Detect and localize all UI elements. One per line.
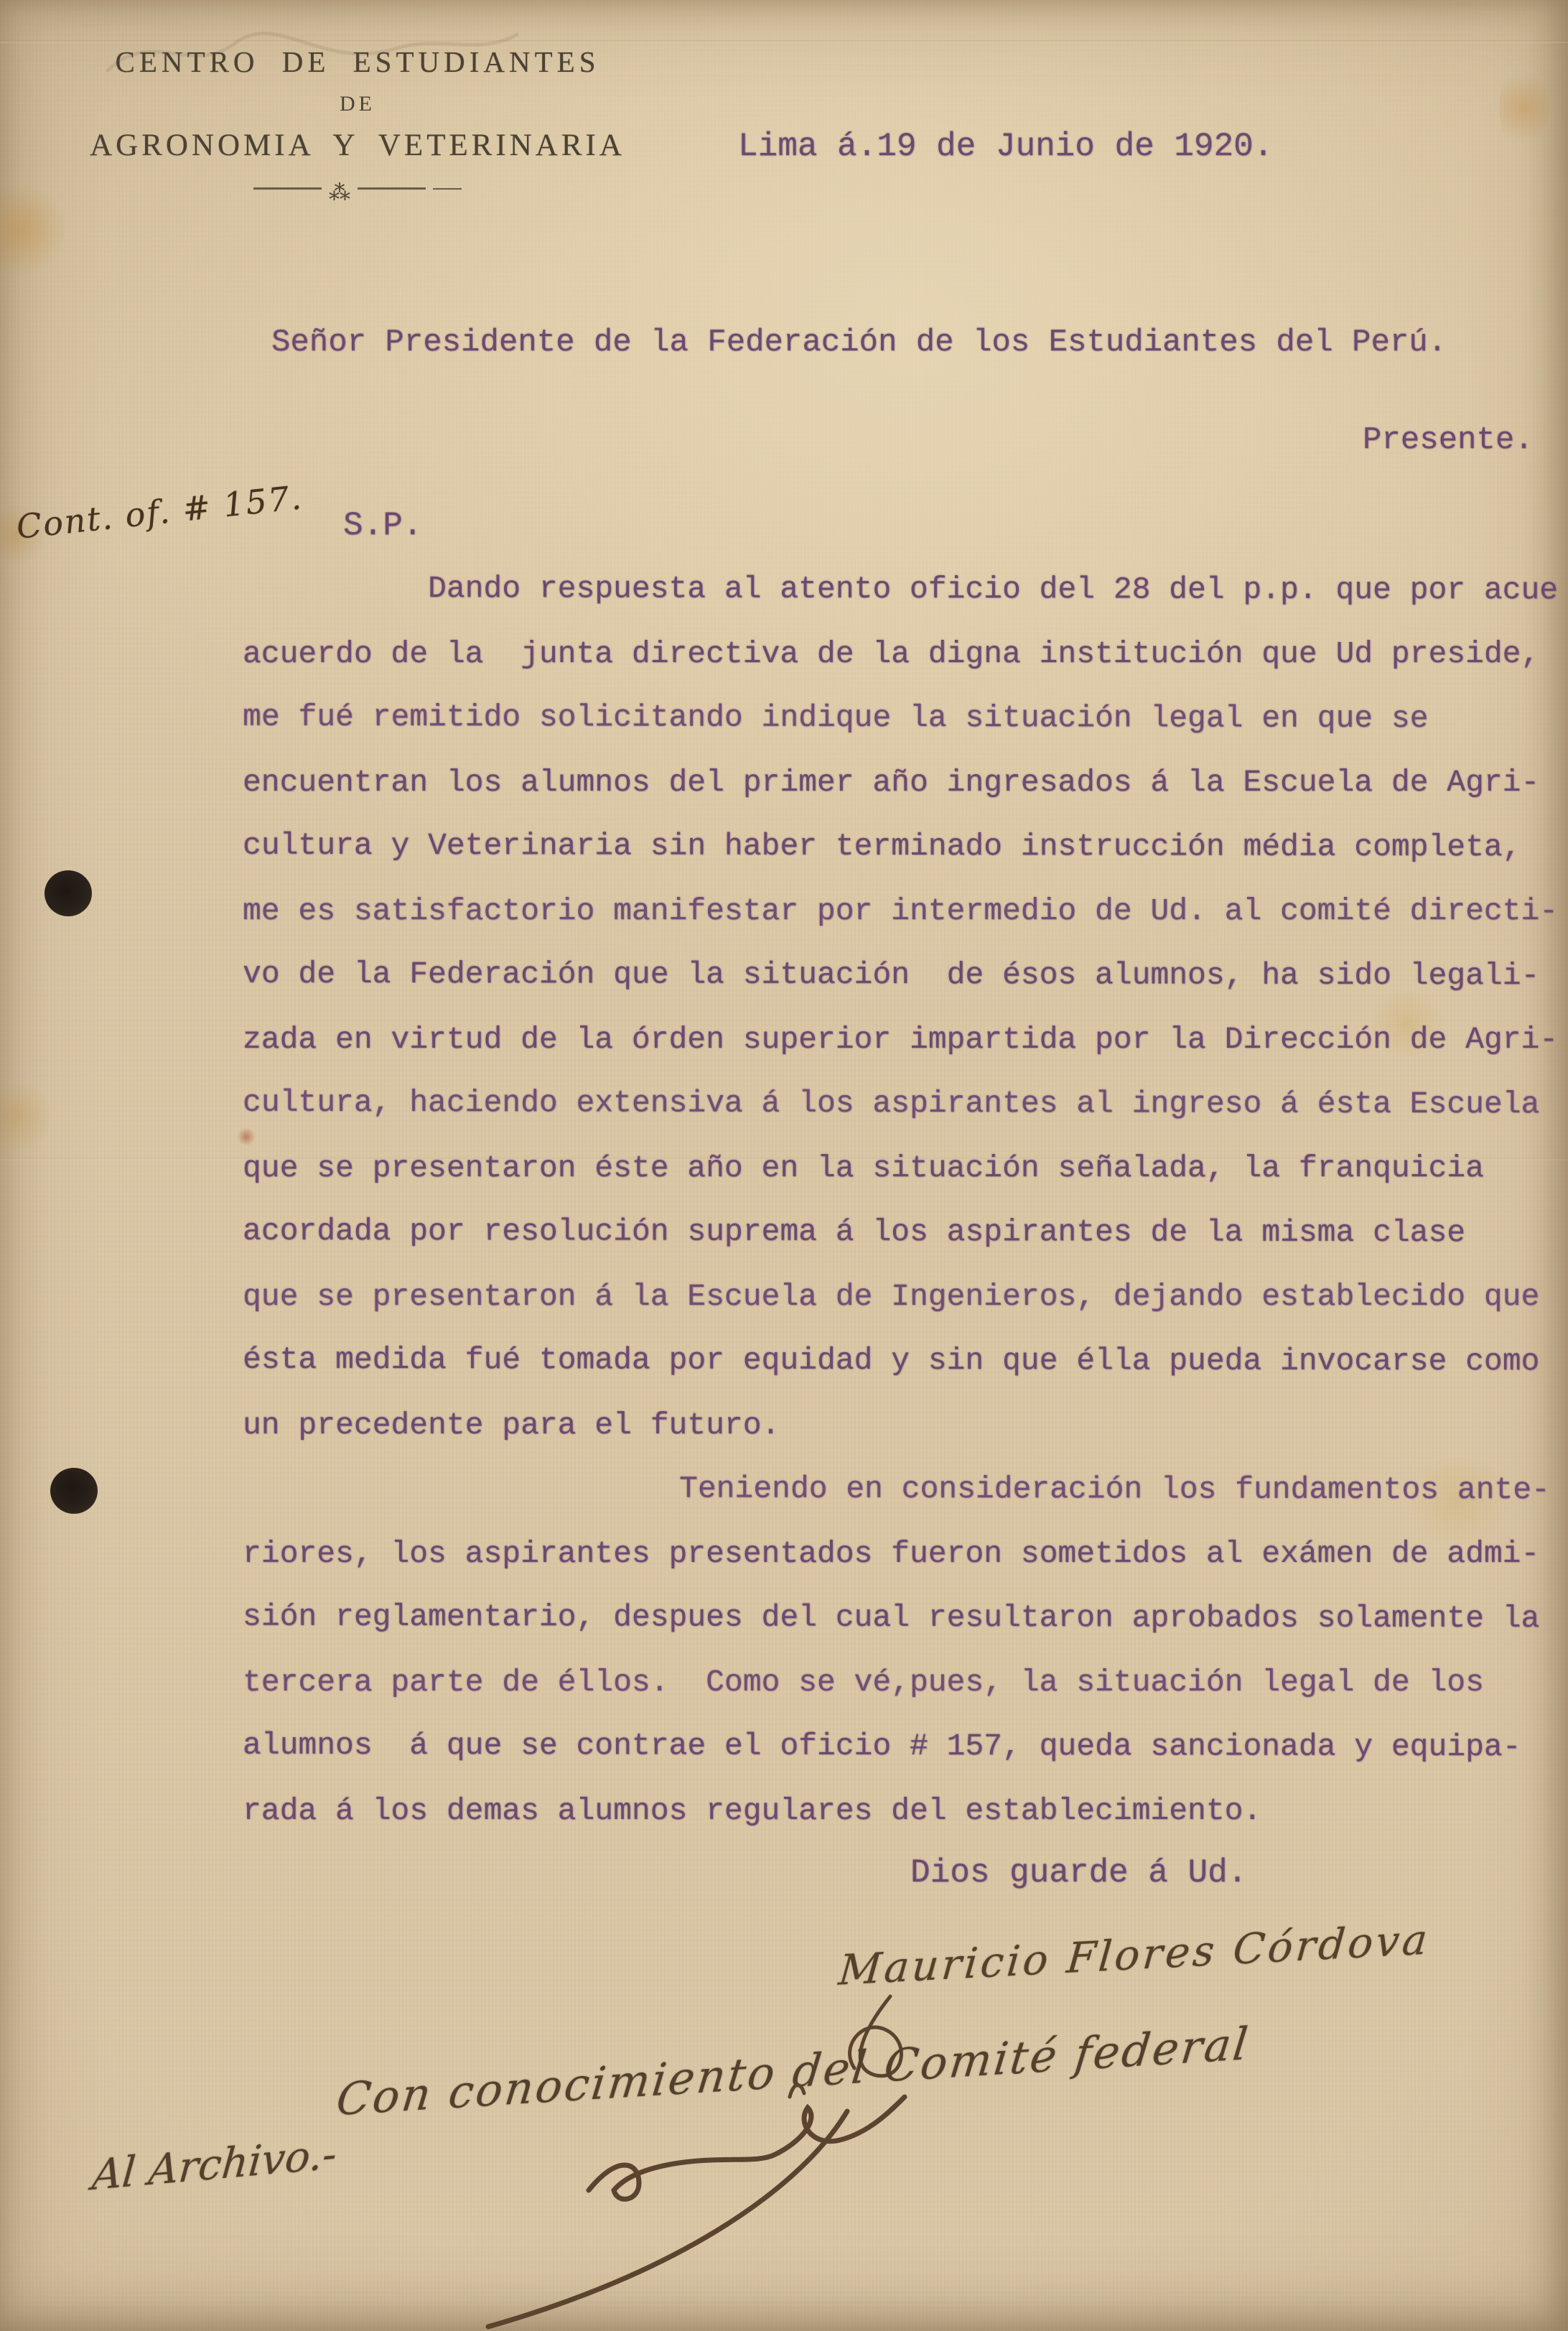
body-line: acuerdo de la junta directiva de la dign…: [243, 636, 1557, 701]
body-line: cultura y Veterinaria sin haber terminad…: [243, 828, 1557, 894]
letterhead-line3: AGRONOMIA Y VETERINARIA: [63, 128, 652, 163]
punch-hole-bottom: [50, 1468, 98, 1514]
body-line: acordada por resolución suprema á los as…: [243, 1214, 1557, 1280]
presente-line: Presente.: [1363, 422, 1534, 458]
letterhead-line1: CENTRO DE ESTUDIANTES: [63, 45, 652, 79]
date-line: Lima á.19 de Junio de 1920.: [738, 128, 1273, 165]
letter-body: Dando respuesta al atento oficio del 28 …: [243, 572, 1557, 1857]
body-line: ésta medida fué tomada por equidad y sin…: [243, 1342, 1557, 1408]
letterhead-ornament: ⁂: [63, 176, 652, 201]
body-line: Teniendo en consideración los fundamento…: [243, 1471, 1557, 1537]
body-line: tercera parte de éllos. Como se vé,pues,…: [243, 1665, 1557, 1729]
ornament-rule-right: [358, 187, 426, 190]
body-line: Dando respuesta al atento oficio del 28 …: [243, 571, 1557, 637]
letterhead: CENTRO DE ESTUDIANTES DE AGRONOMIA Y VET…: [63, 45, 652, 201]
body-line: rada á los demas alumnos regulares del e…: [243, 1793, 1557, 1858]
body-line: un precedente para el futuro.: [243, 1408, 1557, 1472]
body-line: encuentran los alumnos del primer año in…: [243, 765, 1557, 829]
recipient-line: Señor Presidente de la Federación de los…: [271, 325, 1447, 360]
body-line: zada en virtud de la órden superior impa…: [243, 1022, 1557, 1087]
body-line: cultura, haciendo extensiva á los aspira…: [243, 1085, 1557, 1151]
body-line: alumnos á que se contrae el oficio # 157…: [243, 1728, 1557, 1794]
punch-hole-top: [45, 870, 92, 916]
body-line: riores, los aspirantes presentados fuero…: [243, 1536, 1557, 1601]
body-line: me fué remitido solicitando indique la s…: [243, 699, 1557, 766]
scanned-letter-page: { "document": { "letterhead": { "line1":…: [0, 0, 1568, 2331]
body-line: que se presentaron á la Escuela de Ingen…: [243, 1279, 1557, 1344]
salutation: S.P.: [343, 507, 422, 544]
body-line: vo de la Federación que la situación de …: [243, 957, 1557, 1023]
ornament-rule-left: [253, 187, 322, 190]
secondary-signature-flourish: [402, 2068, 1120, 2331]
body-line: me es satisfactorio manifestar por inter…: [243, 893, 1557, 958]
closing-line: Dios guarde á Ud.: [910, 1854, 1247, 1892]
body-line: que se presentaron éste año en la situac…: [243, 1150, 1557, 1215]
body-line: sión reglamentario, despues del cual res…: [243, 1599, 1557, 1665]
fleuron-icon: ⁂: [329, 180, 350, 205]
letterhead-line2: DE: [63, 92, 652, 116]
ornament-rule-right-small: [433, 188, 462, 190]
